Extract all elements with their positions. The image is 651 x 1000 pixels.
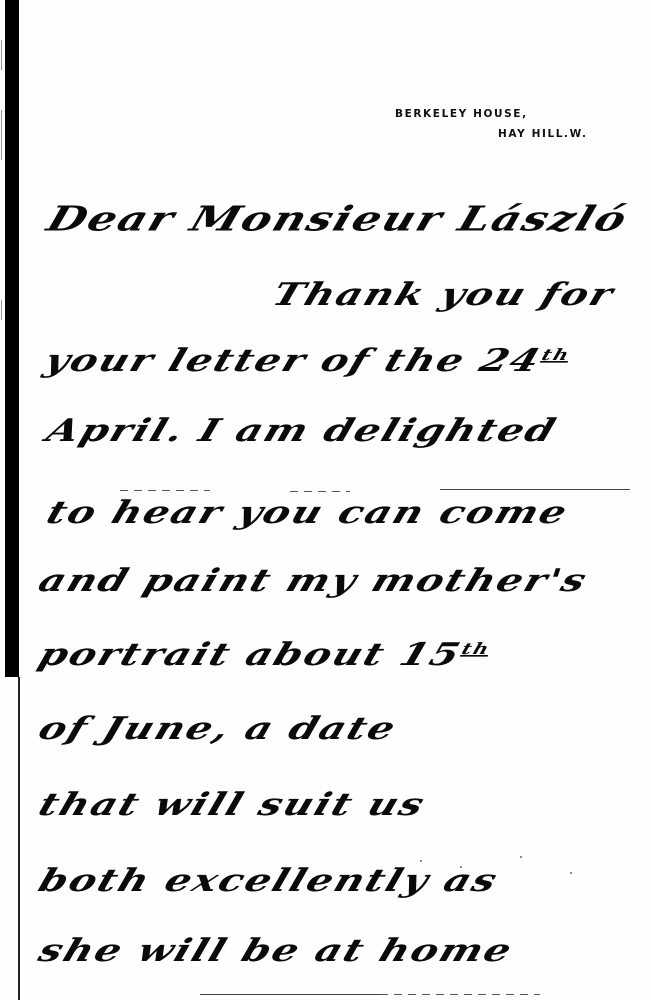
scan-speck [1, 300, 2, 320]
scan-artifact [440, 489, 630, 490]
letterhead-address-line1: BERKELEY HOUSE, [395, 108, 528, 120]
letter-line-10: she will be at home [34, 932, 518, 969]
scan-artifact [200, 994, 380, 995]
letter-line-2-text: your letter of the 24 [40, 342, 546, 379]
scan-speck [1, 40, 2, 70]
scan-artifact [290, 491, 350, 492]
scan-speck [1, 110, 2, 160]
letter-line-6-text: portrait about 15 [34, 636, 466, 673]
letter-line-6: portrait about 15th [34, 636, 494, 673]
letterhead-address-line2: HAY HILL.W. [498, 128, 588, 140]
superscript-th: th [539, 345, 573, 364]
scan-artifact [380, 994, 540, 995]
letter-line-9: both excellently as [34, 862, 503, 899]
scan-edge-line [18, 677, 20, 1000]
letter-page: BERKELEY HOUSE, HAY HILL.W. Dear Monsieu… [0, 0, 651, 1000]
scan-speck [570, 872, 572, 874]
letter-line-8: that will suit us [34, 786, 431, 823]
letter-line-4: to hear you can come [42, 494, 573, 531]
letter-line-7: of June, a date [34, 710, 402, 747]
letter-line-2: your letter of the 24th [40, 342, 574, 379]
letter-line-3: April. I am delighted [42, 412, 562, 449]
scan-edge-band [5, 0, 19, 677]
scan-speck [520, 856, 522, 858]
salutation: Dear Monsieur László [42, 199, 633, 239]
scan-artifact [120, 490, 210, 491]
superscript-th: th [459, 639, 493, 658]
letter-line-1: Thank you for [268, 276, 619, 313]
letter-line-5: and paint my mother's [34, 562, 593, 599]
